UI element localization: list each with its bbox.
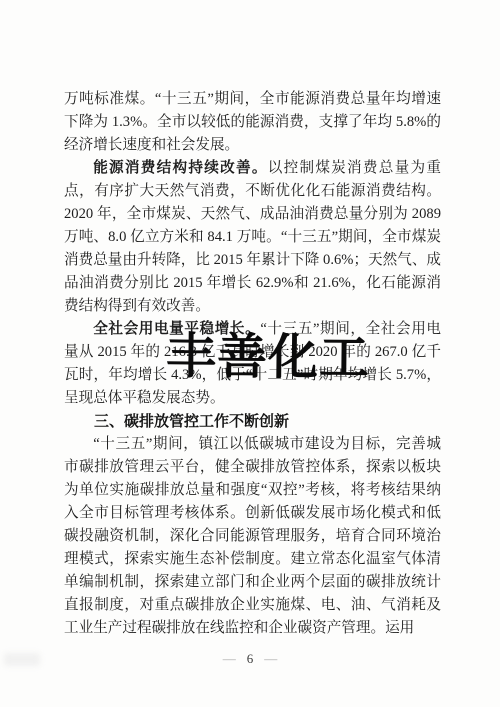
page-footer: —6— [0, 650, 500, 668]
paragraph-carbon-control: “十三五”期间，镇江以低碳城市建设为目标，完善城市碳排放管理云平台，健全碳排放管… [64, 433, 441, 640]
footer-dash-right: — [264, 651, 277, 666]
section-heading: 三、碳排放管控工作不断创新 [64, 410, 441, 433]
document-page: 万吨标准煤。“十三五”期间，全市能源消费总量年均增速下降为 1.3%。全市以较低… [0, 0, 500, 707]
paragraph-text: 以控制煤炭消费总量为重点，有序扩大天然气消费，不断优化化石能源消费结构。2020… [64, 160, 441, 314]
page-number: 6 [247, 651, 254, 666]
paragraph-energy-structure: 能源消费结构持续改善。以控制煤炭消费总量为重点，有序扩大天然气消费，不断优化化石… [64, 157, 441, 318]
footer-dash-left: — [223, 651, 236, 666]
paragraph-lead: 全社会用电量平稳增长。 [93, 321, 260, 337]
paragraph-lead: 能源消费结构持续改善。 [93, 160, 268, 176]
paragraph-energy-total: 万吨标准煤。“十三五”期间，全市能源消费总量年均增速下降为 1.3%。全市以较低… [64, 88, 441, 157]
paragraph-text: 万吨标准煤。“十三五”期间，全市能源消费总量年均增速下降为 1.3%。全市以较低… [64, 91, 441, 153]
paragraph-electricity: 全社会用电量平稳增长。“十三五”期间，全社会用电量从 2015 年的 216.3… [64, 318, 441, 410]
text-content: 万吨标准煤。“十三五”期间，全市能源消费总量年均增速下降为 1.3%。全市以较低… [64, 88, 441, 640]
paragraph-text: “十三五”期间，镇江以低碳城市建设为目标，完善城市碳排放管理云平台，健全碳排放管… [64, 436, 441, 636]
